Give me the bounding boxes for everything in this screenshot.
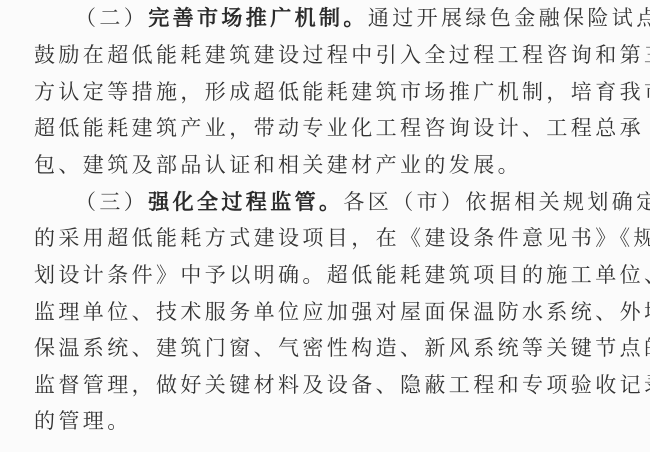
- paragraph-3-line-6: 监督管理，做好关键材料及设备、隐蔽工程和专项验收记录: [34, 371, 596, 399]
- paragraph-2-label: （二）: [75, 6, 148, 30]
- paragraph-3-line-1: （三）强化全过程监管。各区（市）依据相关规划确定: [75, 188, 596, 216]
- document-page: （二）完善市场推广机制。通过开展绿色金融保险试点， 鼓励在超低能耗建筑建设过程中…: [0, 0, 650, 452]
- paragraph-3-label: （三）: [75, 190, 148, 214]
- paragraph-3-line-2: 的采用超低能耗方式建设项目，在《建设条件意见书》《规: [34, 224, 596, 252]
- paragraph-3-line-7: 的管理。: [34, 407, 596, 435]
- paragraph-3-text: 各区（市）依据相关规划确定: [343, 190, 650, 214]
- paragraph-3-line-4: 监理单位、技术服务单位应加强对屋面保温防水系统、外墙: [34, 298, 596, 326]
- paragraph-2-line-4: 超低能耗建筑产业，带动专业化工程咨询设计、工程总承: [34, 114, 596, 142]
- paragraph-3-line-5: 保温系统、建筑门窗、气密性构造、新风系统等关键节点的: [34, 334, 596, 362]
- paragraph-2-line-2: 鼓励在超低能耗建筑建设过程中引入全过程工程咨询和第三: [34, 41, 596, 69]
- paragraph-2-text: 通过开展绿色金融保险试点，: [368, 6, 650, 30]
- paragraph-2-line-5: 包、建筑及部品认证和相关建材产业的发展。: [34, 151, 596, 179]
- paragraph-3-line-3: 划设计条件》中予以明确。超低能耗建筑项目的施工单位、: [34, 261, 596, 289]
- paragraph-2-line-3: 方认定等措施，形成超低能耗建筑市场推广机制，培育我市: [34, 78, 596, 106]
- paragraph-2-line-1: （二）完善市场推广机制。通过开展绿色金融保险试点，: [75, 4, 596, 32]
- paragraph-2-heading: 完善市场推广机制。: [148, 6, 368, 30]
- paragraph-3-heading: 强化全过程监管。: [148, 190, 343, 214]
